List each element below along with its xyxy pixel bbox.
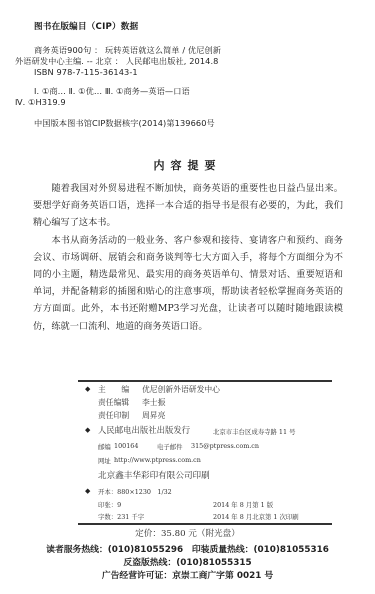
cip-line-2: 外语研发中心主编. -- 北京 ： 人民邮电出版社, 2014.8 <box>15 56 218 67</box>
hotline-anti-piracy: 反盗版热线：(010)81055315 <box>0 555 375 568</box>
price: 定价：35.80 元（附光盘） <box>0 527 375 539</box>
cip-isbn: ISBN 978-7-115-36143-1 <box>34 67 138 77</box>
summary-body: 随着我国对外贸易进程不断加快，商务英语的重要性也日益凸显出来。要想学好商务英语口… <box>33 180 343 335</box>
cip-classification-1: Ⅰ. ①商… Ⅱ. ①优… Ⅲ. ①商务—英语—口语 <box>34 86 190 97</box>
edition: 2014 年 8 月第 1 版 <box>213 500 273 509</box>
cip-verification-number: 中国版本图书馆CIP数据核字(2014)第139660号 <box>34 118 215 129</box>
chief-editor: 优尼创新外语研发中心 <box>142 384 220 395</box>
website-label: 网址 <box>98 456 111 465</box>
printing: 2014 年 8 月北京第 1 次印刷 <box>213 512 299 521</box>
responsible-editor-label: 责任编辑 <box>98 397 129 408</box>
responsible-editor: 李士振 <box>142 397 165 408</box>
summary-paragraph-1: 随着我国对外贸易进程不断加快，商务英语的重要性也日益凸显出来。要想学好商务英语口… <box>33 180 343 232</box>
cip-line-1: 商务英语900句 ： 玩转英语就这么简单 / 优尼创新 <box>34 45 221 56</box>
chief-editor-label: 主 编 <box>98 384 129 395</box>
imprint-bottom-rule <box>78 523 332 525</box>
cip-title: 图书在版编目（CIP）数据 <box>34 20 138 32</box>
publisher-address: 北京市丰台区成寿寺路 11 号 <box>213 427 296 436</box>
postcode-label: 邮编 <box>98 442 111 451</box>
advertising-license: 广告经营许可证：京崇工商广字第 0021 号 <box>0 568 375 581</box>
bullet-icon: ◆ <box>85 385 90 393</box>
bullet-icon: ◆ <box>85 426 90 434</box>
summary-title: 内容提要 <box>0 157 375 173</box>
bullet-icon: ◆ <box>85 487 90 495</box>
email: 315@ptpress.com.cn <box>191 442 259 450</box>
hotline-service-quality: 读者服务热线：(010)81055296 印装质量热线：(010)8105531… <box>0 542 375 555</box>
imprint-top-rule <box>78 380 332 382</box>
website: http://www.ptpress.com.cn <box>114 456 201 464</box>
printer: 北京鑫丰华彩印有限公司印刷 <box>98 469 210 481</box>
word-count: 字数：231 千字 <box>98 512 144 521</box>
print-manager: 周昇亮 <box>142 410 165 421</box>
print-manager-label: 责任印制 <box>98 410 129 421</box>
cip-classification-2: Ⅳ. ①H319.9 <box>15 97 66 107</box>
summary-paragraph-2: 本书从商务活动的一般业务、客户参观和接待、宴请客户和预约、商务会议、市场调研、展… <box>33 232 343 335</box>
printed-sheets: 印张：9 <box>98 500 121 509</box>
postcode: 100164 <box>114 442 138 450</box>
email-label: 电子邮件 <box>157 442 183 451</box>
book-format: 开本：880×1230 1/32 <box>98 487 172 496</box>
publisher: 人民邮电出版社出版发行 <box>98 424 190 436</box>
